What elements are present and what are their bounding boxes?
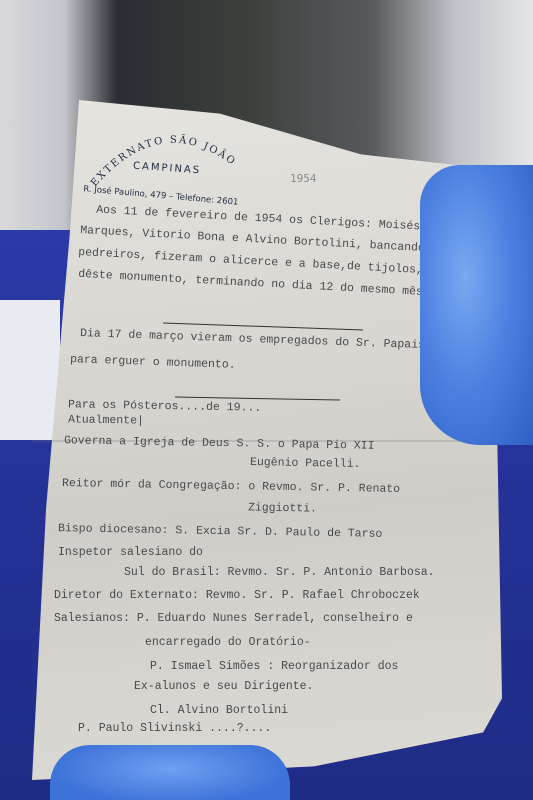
letterhead: EXTERNATO SÃO JOÃO CAMPINAS R. José Paul… <box>75 115 335 215</box>
text-line: P. Ismael Simões : Reorganizador dos <box>150 660 398 673</box>
heading-atualmente: Atualmente| <box>68 413 144 427</box>
svg-text:EXTERNATO SÃO JOÃO: EXTERNATO SÃO JOÃO <box>89 134 238 189</box>
gloved-hand-right <box>420 165 533 445</box>
background-object <box>0 300 60 440</box>
text-line: Inspetor salesiano do <box>58 546 203 559</box>
school-name-arc: EXTERNATO SÃO JOÃO <box>75 115 255 195</box>
text-line: Eugênio Pacelli. <box>250 456 361 471</box>
text-line: Ex-alunos e seu Dirigente. <box>134 680 313 693</box>
text-line: Sul do Brasil: Revmo. Sr. P. Antonio Bar… <box>124 566 435 579</box>
text-line: encarregado do Oratório- <box>145 636 311 649</box>
text-line: Cl. Alvino Bortolini <box>150 704 288 717</box>
text-line: Diretor do Externato: Revmo. Sr. P. Rafa… <box>54 589 420 602</box>
text-line: Ziggiotti. <box>248 501 317 515</box>
gloved-hand-bottom <box>50 745 290 800</box>
year-stamp: 1954 <box>290 172 317 185</box>
text-line: P. Paulo Slivinski ....?.... <box>78 722 271 735</box>
text-line: Salesianos: P. Eduardo Nunes Serradel, c… <box>54 612 413 625</box>
